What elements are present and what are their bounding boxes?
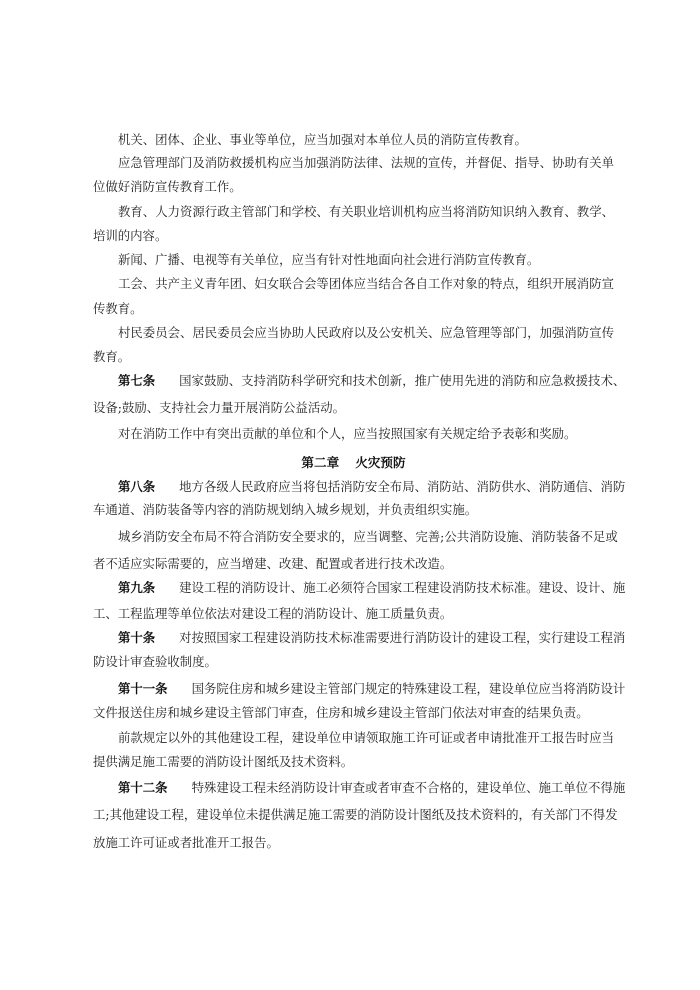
paragraph-line: 应急管理部门及消防救援机构应当加强消防法律、法规的宣传，并督促、指导、协助有关单 — [93, 154, 614, 172]
paragraph-line: 前款规定以外的其他建设工程，建设单位申请领取施工许可证或者申请批准开工报告时应当 — [93, 729, 614, 747]
paragraph-line: 提供满足施工需要的消防设计图纸及技术资料。 — [93, 753, 614, 771]
article-7-line: 第七条国家鼓励、支持消防科学研究和技术创新，推广使用先进的消防和应急救援技术、 — [93, 372, 614, 390]
chapter-title: 火灾预防 — [355, 455, 405, 470]
article-label: 第十二条 — [118, 780, 168, 795]
article-8-line: 第八条地方各级人民政府应当将包括消防安全布局、消防站、消防供水、消防通信、消防 — [93, 478, 614, 496]
paragraph-line: 位做好消防宣传教育工作。 — [93, 178, 614, 196]
article-label: 第十条 — [118, 630, 155, 645]
article-label: 第七条 — [118, 373, 155, 388]
article-12-line: 第十二条特殊建设工程未经消防设计审查或者审查不合格的，建设单位、施工单位不得施 — [93, 779, 614, 797]
article-10-line: 第十条对按照国家工程建设消防技术标准需要进行消防设计的建设工程，实行建设工程消 — [93, 629, 614, 647]
paragraph-line: 工会、共产主义青年团、妇女联合会等团体应当结合各自工作对象的特点，组织开展消防宣 — [93, 275, 614, 293]
article-9-line: 第九条建设工程的消防设计、施工必须符合国家工程建设消防技术标准。建设、设计、施 — [93, 579, 614, 597]
paragraph-line: 传教育。 — [93, 300, 614, 318]
article-text: 特殊建设工程未经消防设计审查或者审查不合格的，建设单位、施工单位不得施 — [192, 780, 626, 795]
paragraph-line: 城乡消防安全布局不符合消防安全要求的，应当调整、完善;公共消防设施、消防装备不足… — [93, 528, 614, 546]
article-label: 第八条 — [118, 479, 155, 494]
chapter-number: 第二章 — [301, 455, 339, 470]
paragraph-line: 防设计审查验收制度。 — [93, 653, 614, 671]
chapter-heading: 第二章火灾预防 — [93, 454, 614, 472]
paragraph-line: 对在消防工作中有突出贡献的单位和个人，应当按照国家有关规定给予表彰和奖励。 — [93, 425, 614, 443]
paragraph-line: 者不适应实际需要的，应当增建、改建、配置或者进行技术改造。 — [93, 555, 614, 573]
article-text: 地方各级人民政府应当将包括消防安全布局、消防站、消防供水、消防通信、消防 — [179, 479, 625, 494]
paragraph-line: 村民委员会、居民委员会应当协助人民政府以及公安机关、应急管理等部门，加强消防宣传 — [93, 324, 614, 342]
paragraph-line: 车通道、消防装备等内容的消防规划纳入城乡规划，并负责组织实施。 — [93, 501, 614, 519]
paragraph-line: 工、工程监理等单位依法对建设工程的消防设计、施工质量负责。 — [93, 605, 614, 623]
paragraph-line: 机关、团体、企业、事业等单位，应当加强对本单位人员的消防宣传教育。 — [93, 131, 614, 149]
paragraph-line: 工;其他建设工程，建设单位未提供满足施工需要的消防设计图纸及技术资料的，有关部门… — [93, 806, 614, 824]
paragraph-line: 放施工许可证或者批准开工报告。 — [93, 834, 614, 852]
article-label: 第十一条 — [118, 681, 168, 696]
paragraph-line: 教育、人力资源行政主管部门和学校、有关职业培训机构应当将消防知识纳入教育、教学、 — [93, 203, 614, 221]
paragraph-line: 教育。 — [93, 348, 614, 366]
paragraph-line: 设备;鼓励、支持社会力量开展消防公益活动。 — [93, 399, 614, 417]
paragraph-line: 文件报送住房和城乡建设主管部门审查，住房和城乡建设主管部门依法对审查的结果负责。 — [93, 704, 614, 722]
document-page: 机关、团体、企业、事业等单位，应当加强对本单位人员的消防宣传教育。 应急管理部门… — [0, 0, 700, 990]
paragraph-line: 培训的内容。 — [93, 227, 614, 245]
paragraph-line: 新闻、广播、电视等有关单位，应当有针对性地面向社会进行消防宣传教育。 — [93, 251, 614, 269]
article-text: 国家鼓励、支持消防科学研究和技术创新，推广使用先进的消防和应急救援技术、 — [179, 373, 625, 388]
article-11-line: 第十一条国务院住房和城乡建设主管部门规定的特殊建设工程，建设单位应当将消防设计 — [93, 680, 614, 698]
article-label: 第九条 — [118, 580, 155, 595]
article-text: 对按照国家工程建设消防技术标准需要进行消防设计的建设工程，实行建设工程消 — [179, 630, 625, 645]
article-text: 国务院住房和城乡建设主管部门规定的特殊建设工程，建设单位应当将消防设计 — [192, 681, 626, 696]
article-text: 建设工程的消防设计、施工必须符合国家工程建设消防技术标准。建设、设计、施 — [179, 580, 625, 595]
